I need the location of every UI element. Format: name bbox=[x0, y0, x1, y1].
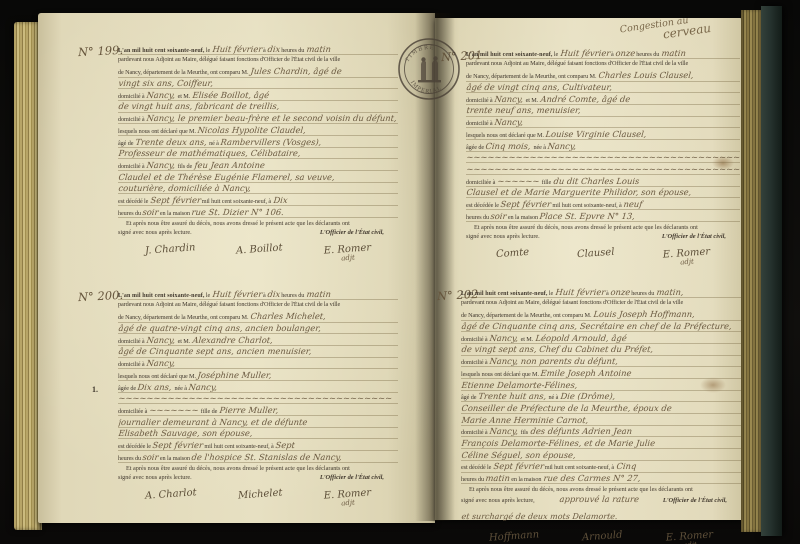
printed-text: domicilié à bbox=[461, 429, 489, 436]
printed-text: heures du bbox=[635, 51, 661, 58]
printed-text: le bbox=[204, 292, 211, 299]
record-line: âgée de Dix ans, née à Nancy, bbox=[118, 382, 398, 393]
handwritten-entry: Céline Séguel, son épouse, bbox=[461, 450, 576, 460]
handwritten-entry: matin bbox=[661, 48, 686, 58]
record-line: ~~~~~~~~~~~~~~~~~~~~~~~~~~~~~~~~~~~~~~~ bbox=[466, 164, 740, 175]
printed-text: âgée de bbox=[466, 144, 485, 151]
signature: Clausel bbox=[577, 247, 615, 261]
handwritten-entry: Jules Chardin, âgé de bbox=[250, 66, 342, 76]
officer-row: signé avec nous après lecture,approuvé l… bbox=[461, 495, 741, 505]
printed-text: pardevant nous Adjoint au Maire, délégué… bbox=[118, 56, 340, 63]
closing-text: Et après nous être assuré du décès, nous… bbox=[118, 465, 398, 474]
handwritten-entry: de l'hospice St. Stanislas de Nancy, bbox=[191, 452, 342, 462]
record-line: âgé de quatre-vingt cinq ans, ancien bou… bbox=[118, 323, 398, 334]
handwritten-entry: Pierre Muller, bbox=[219, 405, 279, 415]
handwritten-entry: matin, bbox=[656, 287, 684, 297]
handwritten-entry: âgé de quatre-vingt cinq ans, ancien bou… bbox=[118, 323, 322, 333]
record-line: domiciliée à ~~~~~~~ fille de Pierre Mul… bbox=[118, 405, 398, 416]
printed-text: fille bbox=[539, 179, 553, 186]
handwritten-entry: Conseiller de Préfecture de la Meurthe, … bbox=[461, 403, 672, 413]
handwritten-entry: Nancy, bbox=[188, 382, 218, 392]
printed-text: fille de bbox=[198, 408, 219, 415]
handwritten-entry: neuf bbox=[623, 199, 643, 209]
record-line: de Nancy, département de la Meurthe, ont… bbox=[466, 70, 740, 81]
handwritten-entry: âgé de vingt cinq ans, Cultivateur, bbox=[466, 82, 613, 92]
printed-text: le bbox=[552, 51, 559, 58]
handwritten-entry: journalier demeurant à Nancy, et de défu… bbox=[118, 417, 308, 427]
record-number-199: N° 199. bbox=[78, 43, 124, 59]
handwritten-entry: Louis Joseph Hoffmann, bbox=[593, 309, 695, 319]
handwritten-entry: Cinq bbox=[616, 461, 637, 471]
signature: A. Boillot bbox=[236, 243, 283, 257]
record-line: domiciliée à ~~~~~~ fille du dit Charles… bbox=[466, 176, 740, 187]
printed-text: L'an mil huit cent soixante-neuf, bbox=[118, 48, 204, 54]
record-line: vingt six ans, Coiffeur, bbox=[118, 78, 398, 89]
officer-label: L'Officier de l'État civil, bbox=[320, 228, 398, 237]
record-line: Etienne Delamorte-Félines, bbox=[461, 380, 741, 391]
handwritten-entry: de vingt sept ans, Chef du Cabinet du Pr… bbox=[461, 344, 654, 354]
record-line: pardevant nous Adjoint au Maire, délégué… bbox=[466, 60, 740, 71]
printed-text: âgé de bbox=[118, 140, 135, 147]
handwritten-entry: âgé de Cinquante sept ans, ancien menuis… bbox=[118, 346, 312, 356]
printed-text: heures du bbox=[118, 455, 142, 462]
printed-text: domicilié à bbox=[118, 93, 146, 100]
record-number-200: N° 200. bbox=[78, 288, 124, 304]
printed-text: domiciliée à bbox=[118, 408, 149, 415]
record-line: domicilié à Nancy, et M. Elisée Boillot,… bbox=[118, 90, 398, 101]
right-page-edges bbox=[741, 10, 762, 532]
printed-text: de Nancy, département de la Meurthe, ont… bbox=[466, 73, 598, 80]
record-line: trente neuf ans, menuisier, bbox=[466, 105, 740, 116]
death-record-202: L'an mil huit cent soixante-neuf, le Hui… bbox=[461, 287, 741, 544]
handwritten-entry: matin bbox=[485, 473, 510, 483]
record-line: domicilié à Nancy, fils des défunts Adri… bbox=[461, 426, 741, 437]
handwritten-entry: Huit février bbox=[212, 289, 263, 299]
handwritten-entry: Huit février bbox=[212, 44, 263, 54]
handwritten-entry: Léopold Arnould, âgé bbox=[535, 333, 627, 343]
officer-label: L'Officier de l'État civil, bbox=[320, 473, 398, 482]
signatures-row: ComteClauselE. Romeradjt bbox=[466, 248, 740, 266]
handwritten-entry: Nancy, bbox=[489, 333, 519, 343]
printed-text: domicilié à bbox=[466, 120, 494, 127]
record-line: de vingt huit ans, fabricant de treillis… bbox=[118, 101, 398, 112]
handwritten-note-line: et surchargé de deux mots Delamorte. bbox=[461, 506, 741, 524]
printed-text: heures du bbox=[280, 47, 306, 54]
handwritten-entry: Sept bbox=[275, 440, 295, 450]
handwritten-entry: François Delamorte-Félines, et de Marie … bbox=[461, 438, 656, 448]
closing-text-2: signé avec nous après lecture. bbox=[118, 473, 192, 482]
printed-text: pardevant nous Adjoint au Maire, délégué… bbox=[461, 299, 683, 306]
printed-text: mil huit cent soixante-neuf, à bbox=[543, 464, 615, 471]
record-line: L'an mil huit cent soixante-neuf, le Hui… bbox=[118, 44, 398, 55]
record-line: de vingt sept ans, Chef du Cabinet du Pr… bbox=[461, 344, 741, 355]
record-line: est décédé le Sept février mil huit cent… bbox=[118, 195, 398, 206]
handwritten-entry: Huit février bbox=[560, 48, 611, 58]
printed-text: né à bbox=[206, 140, 220, 147]
handwritten-entry: Nancy, bbox=[146, 335, 176, 345]
death-record-199: L'an mil huit cent soixante-neuf, le Hui… bbox=[118, 44, 398, 262]
handwritten-entry: Professeur de mathématiques, Célibataire… bbox=[118, 148, 301, 158]
record-line: heures du matin en la maison rue des Car… bbox=[461, 473, 741, 484]
record-line: pardevant nous Adjoint au Maire, délégué… bbox=[118, 301, 398, 312]
signature: E. Romeradjt bbox=[323, 488, 372, 509]
printed-text: née à bbox=[172, 385, 189, 392]
closing-text-2: signé avec nous après lecture. bbox=[118, 228, 192, 237]
handwritten-entry: de vingt huit ans, fabricant de treillis… bbox=[118, 101, 280, 111]
record-line: heures du soir en la maison de l'hospice… bbox=[118, 452, 398, 463]
printed-text: en la maison bbox=[506, 214, 539, 221]
handwritten-entry: Trente deux ans, bbox=[135, 137, 207, 147]
printed-text: le bbox=[204, 47, 211, 54]
closing-text-2: signé avec nous après lecture, bbox=[461, 496, 535, 505]
record-line: âgé de Trente deux ans, né à Ramberville… bbox=[118, 137, 398, 148]
closing-text: Et après nous être assuré du décès, nous… bbox=[466, 224, 740, 233]
handwritten-entry: âgé de Cinquante cinq ans, Secrétaire en… bbox=[461, 321, 732, 331]
handwritten-entry: onze bbox=[610, 287, 631, 297]
handwritten-entry: feu Jean Antoine bbox=[194, 160, 265, 170]
signature: Arnould bbox=[582, 529, 623, 543]
record-line: âgée de Cinq mois, née à Nancy, bbox=[466, 141, 740, 152]
printed-text: domicilié à bbox=[466, 97, 494, 104]
record-line: L'an mil huit cent soixante-neuf, le Hui… bbox=[118, 289, 398, 300]
closing-text: Et après nous être assuré du décès, nous… bbox=[118, 220, 398, 229]
record-line: pardevant nous Adjoint au Maire, délégué… bbox=[118, 56, 398, 67]
printed-text: lesquels nous ont déclaré que M. bbox=[466, 132, 545, 139]
handwritten-entry: Claudel et de Thérèse Eugénie Flamerel, … bbox=[118, 172, 335, 182]
record-line: pardevant nous Adjoint au Maire, délégué… bbox=[461, 299, 741, 310]
record-line: L'an mil huit cent soixante-neuf, le Hui… bbox=[466, 48, 740, 59]
margin-mark: 1. bbox=[92, 385, 98, 394]
record-line: est décédée le Sept février mil huit cen… bbox=[466, 199, 740, 210]
record-line: est décédé le Sept février mil huit cent… bbox=[461, 461, 741, 472]
printed-text: est décédée le bbox=[466, 202, 500, 209]
printed-text: lesquels nous ont déclaré que M. bbox=[118, 373, 197, 380]
record-line: Clausel et de Marie Marguerite Philidor,… bbox=[466, 187, 740, 198]
signature: E. Romeradjt bbox=[323, 243, 372, 264]
handwritten-entry: vingt six ans, Coiffeur, bbox=[118, 78, 214, 88]
record-line: François Delamorte-Félines, et de Marie … bbox=[461, 438, 741, 449]
officer-label: L'Officier de l'État civil, bbox=[662, 232, 740, 241]
handwritten-entry: matin bbox=[306, 44, 331, 54]
printed-text: domicilié à bbox=[118, 361, 146, 368]
record-line: Céline Séguel, son épouse, bbox=[461, 450, 741, 461]
closing-text-2: signé avec nous après lecture. bbox=[466, 232, 540, 241]
record-line: de Nancy, département de la Meurthe, ont… bbox=[118, 311, 398, 322]
printed-text: mil huit cent soixante-neuf, à bbox=[551, 202, 623, 209]
record-line: heures du soir en la maison rue St. Dizi… bbox=[118, 207, 398, 218]
printed-text: est décédé le bbox=[118, 198, 150, 205]
signatures-row: J. ChardinA. BoillotE. Romeradjt bbox=[118, 244, 398, 262]
printed-text: de Nancy, département de la Meurthe, ont… bbox=[118, 314, 250, 321]
record-line: âgé de Trente huit ans, né à Die (Drôme)… bbox=[461, 391, 741, 402]
printed-text: âgée de bbox=[118, 385, 137, 392]
record-line: L'an mil huit cent soixante-neuf, le Hui… bbox=[461, 287, 741, 298]
printed-text: mil huit cent soixante-neuf, à bbox=[203, 443, 275, 450]
record-line: âgé de Cinquante cinq ans, Secrétaire en… bbox=[461, 321, 741, 332]
handwritten-entry: ~~~~~~~~~~~~~~~~~~~~~~~~~~~~~~~~~~~~~~~ bbox=[466, 164, 740, 174]
printed-text: de Nancy, département de la Meurthe, ont… bbox=[461, 312, 593, 319]
handwritten-entry: André Comte, âgé de bbox=[540, 94, 631, 104]
handwritten-entry: ~~~~~~~~~~~~~~~~~~~~~~~~~~~~~~~~~~~~~~~ bbox=[118, 393, 393, 403]
handwritten-entry: Charles Louis Clausel, bbox=[598, 70, 694, 80]
printed-text: domicilié à bbox=[118, 338, 146, 345]
printed-text: domicilié à bbox=[118, 116, 146, 123]
handwritten-entry: Sept février bbox=[152, 440, 204, 450]
printed-text: pardevant nous Adjoint au Maire, délégué… bbox=[466, 60, 688, 67]
printed-text: heures du bbox=[461, 476, 485, 483]
record-line: domicilié à Nancy, bbox=[118, 358, 398, 369]
signature: E. Romeradjt bbox=[662, 247, 711, 268]
handwritten-entry: couturière, domiciliée à Nancy, bbox=[118, 183, 252, 193]
handwritten-note: approuvé la rature bbox=[559, 495, 640, 504]
record-line: ~~~~~~~~~~~~~~~~~~~~~~~~~~~~~~~~~~~~~~~ bbox=[466, 152, 740, 163]
record-line: couturière, domiciliée à Nancy, bbox=[118, 183, 398, 194]
officer-row: signé avec nous après lecture.L'Officier… bbox=[118, 228, 398, 237]
record-line: Professeur de mathématiques, Célibataire… bbox=[118, 148, 398, 159]
handwritten-entry: rue des Carmes N° 27, bbox=[543, 473, 641, 483]
handwritten-entry: dix bbox=[267, 289, 281, 299]
record-line: de Nancy, département de la Meurthe, ont… bbox=[118, 66, 398, 77]
record-line: domicilié à Nancy, non parents du défunt… bbox=[461, 356, 741, 367]
handwritten-entry: Louise Virginie Clausel, bbox=[545, 129, 647, 139]
printed-text: domicilié à bbox=[461, 336, 489, 343]
handwritten-entry: Joséphine Muller, bbox=[197, 370, 272, 380]
handwritten-entry: Sept février bbox=[150, 195, 202, 205]
handwritten-entry: Emile Joseph Antoine bbox=[540, 368, 632, 378]
handwritten-entry: Marie Anne Herminie Carnot, bbox=[461, 415, 589, 425]
record-line: âgé de vingt cinq ans, Cultivateur, bbox=[466, 82, 740, 93]
handwritten-entry: ~~~~~~~ bbox=[149, 405, 199, 415]
book-cover-edge bbox=[761, 6, 782, 536]
printed-text: heures du bbox=[466, 214, 490, 221]
handwritten-entry: Die (Drôme), bbox=[560, 391, 616, 401]
record-line: Claudel et de Thérèse Eugénie Flamerel, … bbox=[118, 172, 398, 183]
handwritten-entry: soir bbox=[490, 211, 507, 221]
record-line: domicilié à Nancy, et M. Léopold Arnould… bbox=[461, 333, 741, 344]
printed-text: lesquels nous ont déclaré que M. bbox=[461, 371, 540, 378]
printed-text: L'an mil huit cent soixante-neuf, bbox=[466, 52, 552, 58]
signature-subscript: adjt bbox=[663, 257, 711, 268]
record-line: ~~~~~~~~~~~~~~~~~~~~~~~~~~~~~~~~~~~~~~~ bbox=[118, 393, 398, 404]
printed-text: de Nancy, département de la Meurthe, ont… bbox=[118, 69, 250, 76]
handwritten-note: et surchargé de deux mots Delamorte. bbox=[461, 512, 618, 521]
printed-text: fils bbox=[518, 429, 530, 436]
printed-text: en la maison bbox=[510, 476, 543, 483]
handwritten-entry: Dix ans, bbox=[137, 382, 172, 392]
printed-text: lesquels nous ont déclaré que M. bbox=[118, 128, 197, 135]
record-line: heures du soir en la maison Place St. Ep… bbox=[466, 211, 740, 222]
record-line: Elisabeth Sauvage, son épouse, bbox=[118, 428, 398, 439]
record-line: domicilié à Nancy, bbox=[466, 117, 740, 128]
printed-text: en la maison bbox=[158, 210, 191, 217]
handwritten-entry: Nancy, bbox=[146, 358, 176, 368]
handwritten-entry: ~~~~~~ bbox=[497, 176, 540, 186]
handwritten-entry: Dix bbox=[273, 195, 288, 205]
imperial-timbre-stamp: TIMBRE IMPERIAL bbox=[396, 36, 462, 102]
printed-text: né à bbox=[546, 394, 560, 401]
handwritten-entry: Charles Michelet, bbox=[250, 311, 326, 321]
photographed-register-book: N° 199. N° 200. N° 201 N° 202 L'an mil h… bbox=[0, 0, 800, 544]
officer-label: L'Officier de l'État civil, bbox=[663, 496, 741, 505]
record-line: lesquels nous ont déclaré que M. Joséphi… bbox=[118, 370, 398, 381]
record-line: est décédée le Sept février mil huit cen… bbox=[118, 440, 398, 451]
handwritten-entry: onze bbox=[615, 48, 636, 58]
death-record-201: L'an mil huit cent soixante-neuf, le Hui… bbox=[466, 48, 740, 266]
handwritten-entry: du dit Charles Louis bbox=[553, 176, 640, 186]
record-line: journalier demeurant à Nancy, et de défu… bbox=[118, 417, 398, 428]
printed-text: mil huit cent soixante-neuf, à bbox=[200, 198, 272, 205]
printed-text: domicilié à bbox=[461, 359, 489, 366]
handwritten-entry: Nancy, bbox=[489, 426, 519, 436]
signatures-row: HoffmannArnouldE. Romeradjt bbox=[461, 531, 741, 544]
record-line: de Nancy, département de la Meurthe, ont… bbox=[461, 309, 741, 320]
handwritten-entry: Nancy, bbox=[494, 94, 524, 104]
handwritten-entry: Etienne Delamorte-Félines, bbox=[461, 380, 578, 390]
handwritten-entry: des défunts Adrien Jean bbox=[530, 426, 633, 436]
handwritten-entry: Sept février bbox=[493, 461, 545, 471]
handwritten-entry: Place St. Epvre N° 13, bbox=[539, 211, 635, 221]
record-line: lesquels nous ont déclaré que M. Emile J… bbox=[461, 368, 741, 379]
record-line: domicilié à Nancy, et M. André Comte, âg… bbox=[466, 94, 740, 105]
handwritten-entry: soir bbox=[142, 452, 159, 462]
officer-row: signé avec nous après lecture.L'Officier… bbox=[118, 473, 398, 482]
handwritten-entry: Alexandre Charlot, bbox=[192, 335, 273, 345]
record-line: lesquels nous ont déclaré que M. Nicolas… bbox=[118, 125, 398, 136]
signature: A. Charlot bbox=[144, 488, 196, 503]
printed-text: née à bbox=[531, 144, 548, 151]
printed-text: domiciliée à bbox=[466, 179, 497, 186]
printed-text: âgé de bbox=[461, 394, 478, 401]
handwritten-entry: ~~~~~~~~~~~~~~~~~~~~~~~~~~~~~~~~~~~~~~~ bbox=[466, 152, 740, 162]
handwritten-entry: Trente huit ans, bbox=[478, 391, 547, 401]
handwritten-entry: Nancy, bbox=[146, 160, 176, 170]
handwritten-entry: Sept février bbox=[500, 199, 552, 209]
printed-text: heures du bbox=[630, 290, 656, 297]
handwritten-entry: Nancy, non parents du défunt, bbox=[489, 356, 619, 366]
record-line: âgé de Cinquante sept ans, ancien menuis… bbox=[118, 346, 398, 357]
printed-text: est décédée le bbox=[118, 443, 152, 450]
printed-text: et M. bbox=[175, 93, 192, 100]
printed-text: domicilié à bbox=[118, 163, 146, 170]
signature: Hoffmann bbox=[488, 529, 539, 543]
printed-text: L'an mil huit cent soixante-neuf, bbox=[118, 293, 204, 299]
signature-subscript: adjt bbox=[324, 253, 372, 264]
handwritten-entry: Huit février bbox=[555, 287, 606, 297]
handwritten-entry: trente neuf ans, menuisier, bbox=[466, 105, 581, 115]
record-line: lesquels nous ont déclaré que M. Louise … bbox=[466, 129, 740, 140]
printed-text: en la maison bbox=[158, 455, 191, 462]
printed-text: L'an mil huit cent soixante-neuf, bbox=[461, 291, 547, 297]
signature: E. Romeradjt bbox=[665, 529, 714, 544]
handwritten-entry: rue St. Dizier N° 106. bbox=[191, 207, 284, 217]
printed-text: fils de bbox=[175, 163, 194, 170]
printed-text: et M. bbox=[518, 336, 535, 343]
signature-subscript: adjt bbox=[324, 498, 372, 509]
record-line: domicilié à Nancy, fils de feu Jean Anto… bbox=[118, 160, 398, 171]
death-record-200: L'an mil huit cent soixante-neuf, le Hui… bbox=[118, 289, 398, 507]
signature-subscript: adjt bbox=[666, 539, 714, 544]
printed-text: heures du bbox=[118, 210, 142, 217]
printed-text: le bbox=[547, 290, 554, 297]
signatures-row: A. CharlotMicheletE. Romeradjt bbox=[118, 489, 398, 507]
officer-row: signé avec nous après lecture.L'Officier… bbox=[466, 232, 740, 241]
handwritten-entry: Nancy, bbox=[547, 141, 577, 151]
handwritten-entry: Nicolas Hypolite Claudel, bbox=[197, 125, 306, 135]
printed-text: heures du bbox=[280, 292, 306, 299]
handwritten-entry: Cinq mois, bbox=[485, 141, 531, 151]
record-line: Marie Anne Herminie Carnot, bbox=[461, 415, 741, 426]
signature: Comte bbox=[496, 247, 530, 260]
signature: J. Chardin bbox=[144, 243, 195, 257]
printed-text: et M. bbox=[523, 97, 540, 104]
handwritten-entry: Elisée Boillot, âgé bbox=[192, 90, 270, 100]
printed-text: et M. bbox=[175, 338, 192, 345]
record-line: Conseiller de Préfecture de la Meurthe, … bbox=[461, 403, 741, 414]
handwritten-entry: Nancy, bbox=[494, 117, 524, 127]
signature: Michelet bbox=[238, 488, 283, 502]
handwritten-entry: Nancy, le premier beau-frère et le secon… bbox=[146, 113, 397, 123]
printed-text: est décédé le bbox=[461, 464, 493, 471]
record-line: domicilié à Nancy, le premier beau-frère… bbox=[118, 113, 398, 124]
handwritten-entry: dix bbox=[267, 44, 281, 54]
record-line: domicilié à Nancy, et M. Alexandre Charl… bbox=[118, 335, 398, 346]
handwritten-entry: Clausel et de Marie Marguerite Philidor,… bbox=[466, 187, 692, 197]
handwritten-entry: Elisabeth Sauvage, son épouse, bbox=[118, 428, 253, 438]
handwritten-entry: soir bbox=[142, 207, 159, 217]
handwritten-entry: Rambervillers (Vosges), bbox=[220, 137, 322, 147]
handwritten-entry: Nancy, bbox=[146, 90, 176, 100]
handwritten-entry: matin bbox=[306, 289, 331, 299]
printed-text: pardevant nous Adjoint au Maire, délégué… bbox=[118, 301, 340, 308]
